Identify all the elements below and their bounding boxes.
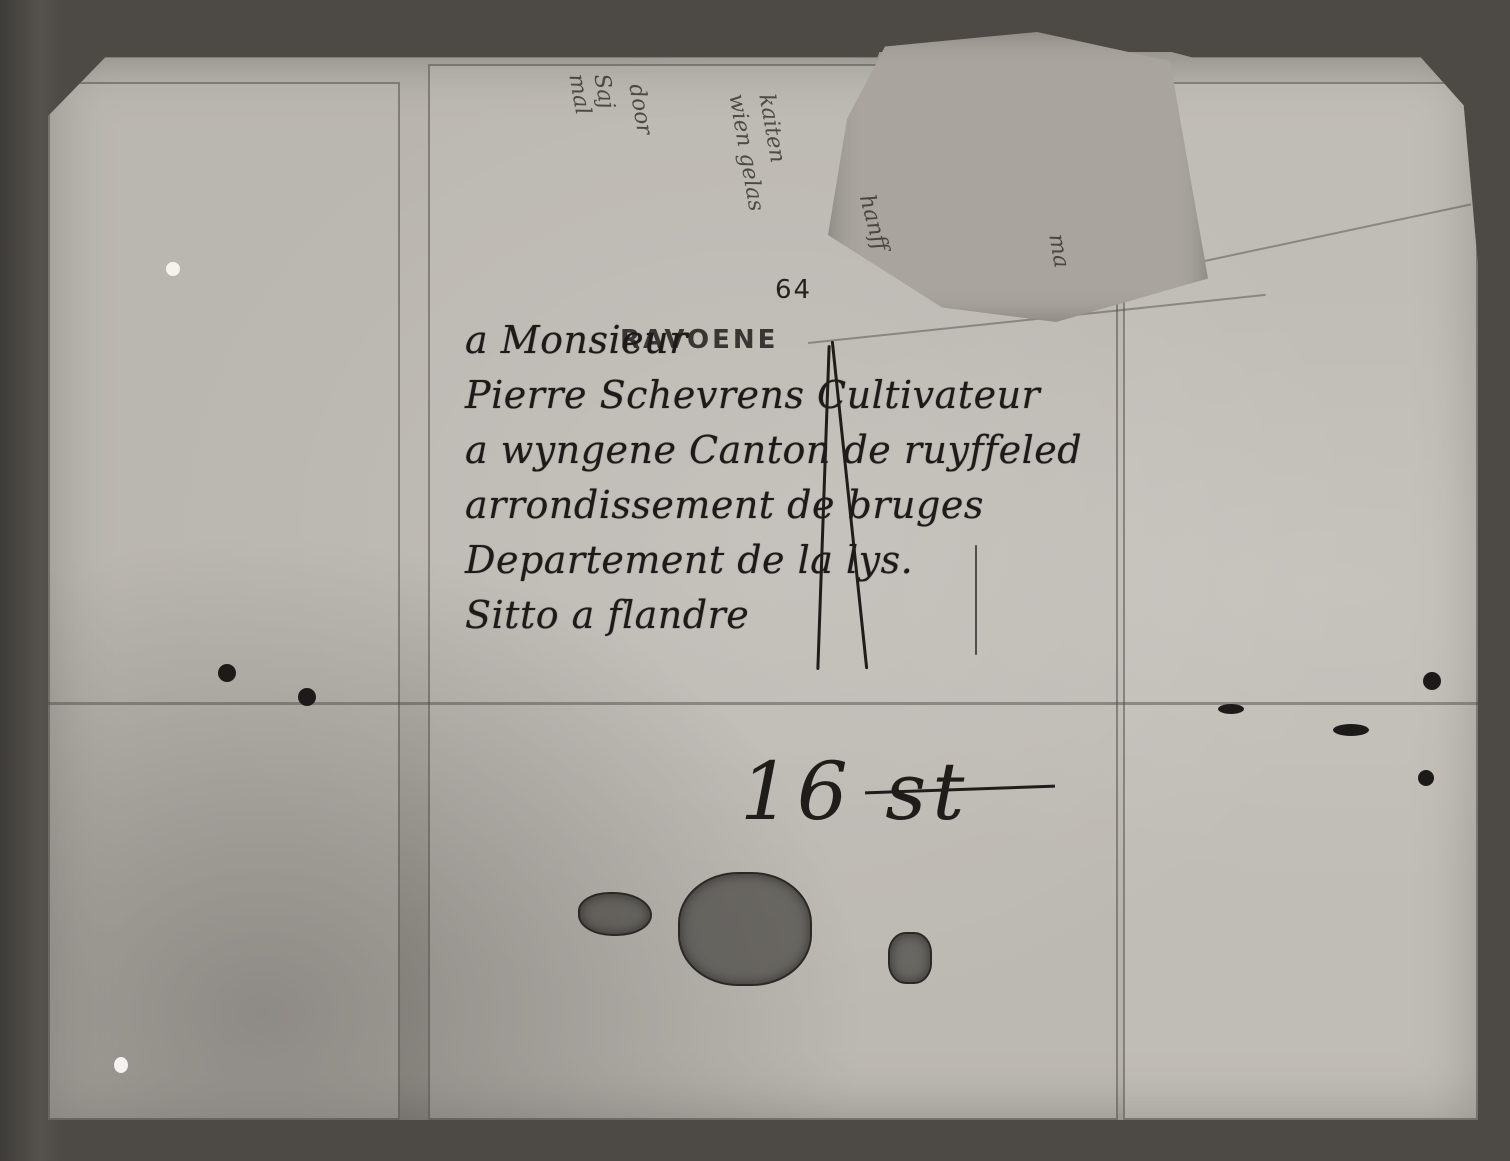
address-line-salutation: a Monsieur: [465, 313, 1085, 368]
address-line-region: Sitto a flandre: [465, 588, 1085, 643]
light-spot: [166, 262, 180, 276]
postal-stroke-mark: [975, 545, 977, 655]
wax-seal-remnant: [888, 932, 932, 984]
wax-seal-remnant: [578, 892, 652, 936]
ink-blot: [1218, 704, 1244, 714]
address-line-department: Departement de la lys.: [465, 533, 1085, 588]
ink-blot: [298, 688, 316, 706]
postage-rate-value: 16: [740, 745, 854, 838]
ink-blot: [1418, 770, 1434, 786]
ink-blot: [1333, 724, 1369, 736]
address-line-arrondissement: arrondissement de bruges: [465, 478, 1085, 533]
address-line-town: a wyngene Canton de ruyffeled: [465, 423, 1085, 478]
ink-blot: [218, 664, 236, 682]
address-line-name: Pierre Schevrens Cultivateur: [465, 368, 1085, 423]
left-fold-panel: [48, 82, 400, 1120]
ink-blot: [1423, 672, 1441, 690]
light-spot: [114, 1057, 128, 1073]
wax-seal-remnant: [678, 872, 812, 986]
address-block: a Monsieur Pierre Schevrens Cultivateur …: [465, 285, 1085, 643]
horizontal-fold-line: [48, 702, 1478, 705]
